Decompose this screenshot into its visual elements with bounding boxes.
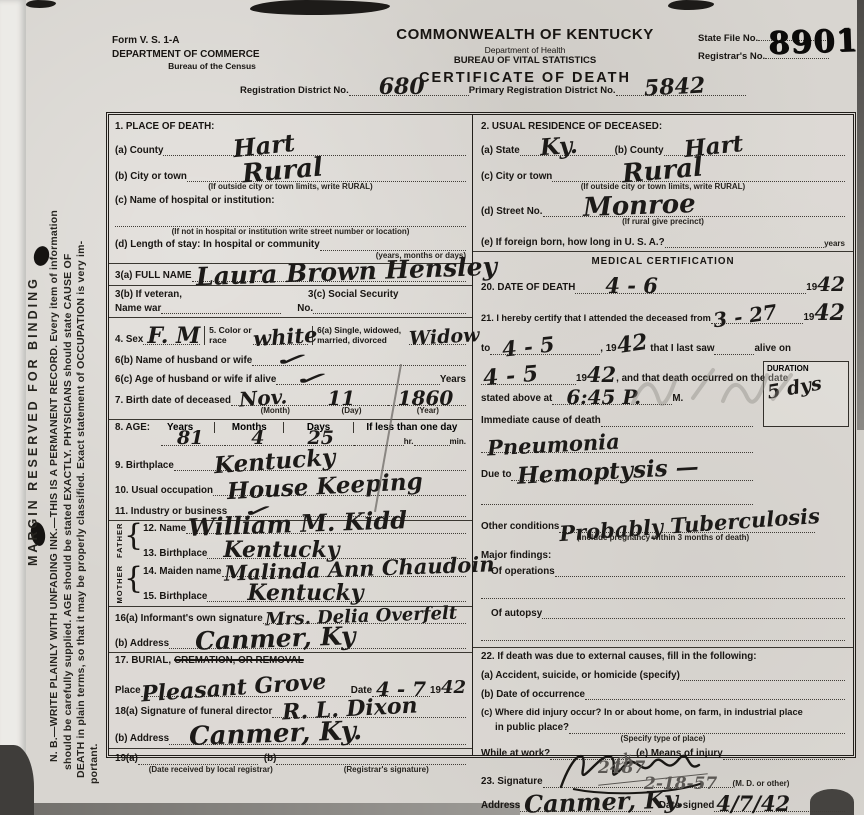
age-hr-fill [354, 434, 404, 446]
external-a-fill [680, 669, 845, 681]
sex-value: F. M [147, 325, 200, 347]
certify-line1-label: 21. I hereby certify that I attended the… [481, 313, 711, 324]
name-war-fill [161, 302, 281, 314]
mother-block: MOTHER { 14. Maiden name Malinda Ann Cha… [115, 565, 466, 604]
foreign-born-unit: years [824, 239, 845, 248]
age-label: 8. AGE: [115, 422, 150, 433]
of-autopsy-label: Of autopsy [491, 608, 542, 619]
other-conditions-label: Other conditions [481, 521, 559, 532]
race-value: white [253, 324, 319, 349]
cell-divider [214, 422, 215, 433]
scan-left-edge [0, 0, 26, 815]
screenshot-root: { "margin": { "binding": "MARGIN RESERVE… [0, 0, 864, 815]
funeral-address-value: Canmer, Ky. [189, 718, 363, 750]
age-hr-label: hr. [404, 437, 414, 446]
birth-year-value: 1860 [398, 388, 454, 408]
of-autopsy-fill [542, 607, 845, 619]
external-b-label: (b) Date of occurrence [481, 689, 585, 700]
pencil-bleedthrough-marks [623, 353, 803, 423]
registrar-b-label: (b) [264, 753, 277, 764]
father-birthplace-label: 13. Birthplace [143, 548, 207, 559]
race-label: 5. Color or race [209, 326, 253, 346]
residence-city-value: Rural [621, 155, 704, 188]
registrar-a-caption: (Date received by local registrar) [115, 765, 306, 774]
from-year-print: 19 [803, 312, 814, 323]
residence-street-label: (d) Street No. [481, 206, 543, 217]
of-operations-label: Of operations [491, 566, 555, 577]
birthplace-label: 9. Birthplace [115, 460, 174, 471]
father-brace: { [124, 522, 143, 559]
registrar-a-fill [138, 753, 258, 765]
funeral-director-label: 18(a) Signature of funeral director [115, 706, 272, 717]
stay-label: (d) Length of stay: In hospital or commu… [115, 239, 320, 250]
ss-no-label: No. [297, 303, 313, 314]
medical-certification-title: MEDICAL CERTIFICATION [591, 256, 734, 267]
pencil-note: ck 2487 2-18-57 [598, 758, 708, 780]
external-a-label: (a) Accident, suicide, or homicide (spec… [481, 670, 680, 681]
burial-year-print: 19 [430, 685, 441, 696]
mother-birthplace-value: Kentucky [247, 582, 363, 604]
margin-note-line1: N. B.—WRITE PLAINLY WITH UNFADING INK.—T… [48, 210, 60, 762]
age-less-caption: If less than one day [358, 422, 466, 433]
registrar-b-fill [276, 753, 466, 765]
of-operations-fill [555, 565, 845, 577]
residence-state-label: (a) State [481, 145, 520, 156]
attended-from-year: 42 [814, 302, 845, 324]
residence-street-value: Monroe [582, 191, 695, 221]
residence-title: 2. USUAL RESIDENCE OF DECEASED: [481, 121, 662, 132]
certificate-number-stamp: 8901 [767, 22, 858, 61]
marital-value: Widow [409, 326, 480, 349]
residence-state-value: Ky. [539, 134, 578, 160]
month-caption: (Month) [237, 406, 313, 415]
birthplace-value: Kentucky [213, 446, 336, 477]
occupation-label: 10. Usual occupation [115, 485, 213, 496]
to-label: to [481, 343, 490, 354]
department-name: DEPARTMENT OF COMMERCE [112, 48, 312, 62]
state-file-label: State File No. [698, 33, 758, 44]
attended-to-value: 4 - 5 [501, 333, 555, 359]
major-findings-label: Major findings: [481, 550, 551, 561]
burial-title: 17. BURIAL, [115, 655, 171, 666]
mother-birthplace-label: 15. Birthplace [143, 591, 207, 602]
registrar-a-label: 19(a) [115, 753, 138, 764]
margin-note-line3: DEATH in plain terms, so that it may be … [75, 241, 87, 778]
hospital-label: (c) Name of hospital or institution: [115, 195, 274, 206]
cell-divider [204, 326, 205, 346]
day-caption: (Day) [313, 406, 389, 415]
while-at-work-label: While at work? [481, 748, 550, 759]
age-min-label: min. [450, 437, 466, 446]
city-value: Rural [241, 155, 324, 188]
primary-district-label: Primary Registration District No. [469, 85, 616, 96]
scan-right-shadow [857, 0, 864, 430]
registrar-no-label: Registrar's No. [698, 51, 765, 62]
margin-binding-text: MARGIN RESERVED FOR BINDING [26, 276, 40, 566]
dod-year-hw: 42 [817, 274, 845, 294]
ss-no-fill [313, 302, 466, 314]
external-c2-label: in public place? [495, 722, 569, 733]
margin-note-line2: should be carefully supplied. AGE should… [62, 254, 74, 770]
form-left-column: 1. PLACE OF DEATH: (a) County Hart (b) C… [109, 115, 473, 755]
bureau-name: Bureau of the Census [112, 61, 312, 72]
burial-title-struck: CREMATION, OR REMOVAL [174, 655, 304, 666]
section-divider [473, 647, 853, 648]
mother-name-label: 14. Maiden name [143, 566, 221, 577]
last-saw-date-value: 4 - 5 [482, 362, 539, 389]
spouse-name-mark: ✓ [273, 352, 305, 368]
county-label: (a) County [115, 145, 163, 156]
sex-label: 4. Sex [115, 334, 143, 345]
hospital-note: (If not in hospital or institution write… [115, 227, 466, 236]
date-of-death-label: 20. DATE OF DEATH [481, 282, 575, 293]
form-right-column: 2. USUAL RESIDENCE OF DECEASED: (a) Stat… [473, 115, 853, 755]
informant-address-label: (b) Address [115, 638, 169, 649]
date-signed-value: 4/7/42 [716, 793, 790, 814]
immediate-cause-value: Pneumonia [487, 430, 621, 458]
spouse-age-unit: Years [440, 374, 466, 385]
last-saw-year-print: 19 [576, 373, 587, 384]
birth-day-value: 11 [327, 388, 355, 408]
veteran-label: 3(b) If veteran, [115, 289, 308, 300]
father-side-label: FATHER [115, 522, 124, 559]
mother-side-label: MOTHER [115, 565, 124, 604]
external-causes-title: 22. If death was due to external causes,… [481, 651, 756, 662]
of-operations-fill2 [481, 587, 845, 599]
immediate-cause-label: Immediate cause of death [481, 415, 601, 426]
date-of-death-value: 4 - 6 [605, 275, 658, 296]
informant-address-value: Canmer, Ky [195, 623, 356, 654]
burial-year-hw: 42 [441, 679, 466, 697]
scan-bottom-shadow [0, 803, 520, 815]
pencil-date: 2-18-57 [644, 774, 717, 794]
physician-signature-label: 23. Signature [481, 776, 543, 787]
social-security-label: 3(c) Social Security [308, 289, 398, 300]
cell-divider [283, 422, 284, 433]
form-number: Form V. S. 1-A [112, 34, 312, 48]
mother-brace: { [124, 565, 143, 604]
father-name-value: William M. Kidd [188, 508, 408, 540]
external-b-fill [585, 688, 845, 700]
spouse-age-label: 6(c) Age of husband or wife if alive [115, 374, 276, 385]
registration-district-label: Registration District No. [240, 85, 349, 96]
of-autopsy-fill2 [481, 629, 845, 641]
scanned-death-certificate: MARGIN RESERVED FOR BINDING N. B.—WRITE … [0, 0, 864, 815]
registration-district-line: Registration District No. 680 Primary Re… [240, 84, 760, 96]
age-months-value: 4 [251, 429, 264, 448]
name-war-label: Name war [115, 303, 161, 314]
age-years-value: 81 [177, 429, 203, 448]
margin-note-line4: portant. [88, 743, 100, 784]
residence-city-label: (c) City or town [481, 171, 552, 182]
age-min-fill [414, 434, 450, 446]
cell-divider [353, 422, 354, 433]
funeral-address-label: (b) Address [115, 733, 169, 744]
attended-from-value: 3 - 27 [712, 301, 778, 330]
commonwealth-title: COMMONWEALTH OF KENTUCKY [360, 26, 690, 45]
external-c-label: (c) Where did injury occur? In or about … [481, 707, 803, 718]
physician-address-label: Address [481, 800, 520, 811]
due-to-value: Hemoptysis — [517, 455, 700, 487]
section-divider [109, 317, 472, 318]
certificate-form: 1. PLACE OF DEATH: (a) County Hart (b) C… [106, 112, 856, 758]
year-caption: (Year) [390, 406, 466, 415]
last-saw-year-hw: 42 [587, 364, 616, 385]
spouse-name-label: 6(b) Name of husband or wife [115, 355, 252, 366]
registration-district-value: 680 [379, 76, 425, 98]
residence-county-label: (b) County [615, 145, 664, 156]
hospital-fill-line [115, 215, 466, 227]
birth-date-label: 7. Birth date of deceased [115, 395, 231, 406]
informant-signature-label: 16(a) Informant's own signature [115, 613, 263, 624]
burial-place-label: Place [115, 685, 141, 696]
bureau-vital-statistics: BUREAU OF VITAL STATISTICS [360, 55, 690, 67]
primary-district-value: 5842 [643, 74, 705, 99]
full-name-label: 3(a) FULL NAME [115, 270, 192, 281]
father-name-label: 12. Name [143, 523, 186, 534]
means-fill [723, 748, 845, 760]
due-to-label: Due to [481, 469, 511, 480]
city-label: (b) City or town [115, 171, 187, 182]
foreign-born-fill [665, 236, 824, 248]
comma-year-print: , 19 [600, 343, 616, 354]
section-divider [473, 251, 853, 252]
section-divider [109, 419, 472, 420]
dept-of-health: Department of Health [360, 45, 690, 56]
physician-signature-caption: (M. D. or other) [733, 779, 790, 788]
stated-above-label: stated above at [481, 393, 552, 404]
external-c-note: (Specify type of place) [481, 734, 845, 743]
stay-fill-line [320, 239, 466, 251]
place-of-death-title: 1. PLACE OF DEATH: [115, 121, 214, 132]
spouse-age-mark: ✓ [293, 371, 325, 387]
foreign-born-label: (e) If foreign born, how long in U. S. A… [481, 237, 665, 248]
external-c-fill [569, 722, 845, 734]
age-months-caption: Months [219, 422, 279, 433]
dod-year-print: 19 [806, 282, 817, 293]
marital-label: 6(a) Single, widowed, married, divorced [317, 326, 409, 345]
form-agency-block: Form V. S. 1-A DEPARTMENT OF COMMERCE Bu… [112, 34, 312, 72]
registrar-b-caption: (Registrar's signature) [306, 765, 466, 774]
due-to-fill2 [481, 493, 753, 505]
